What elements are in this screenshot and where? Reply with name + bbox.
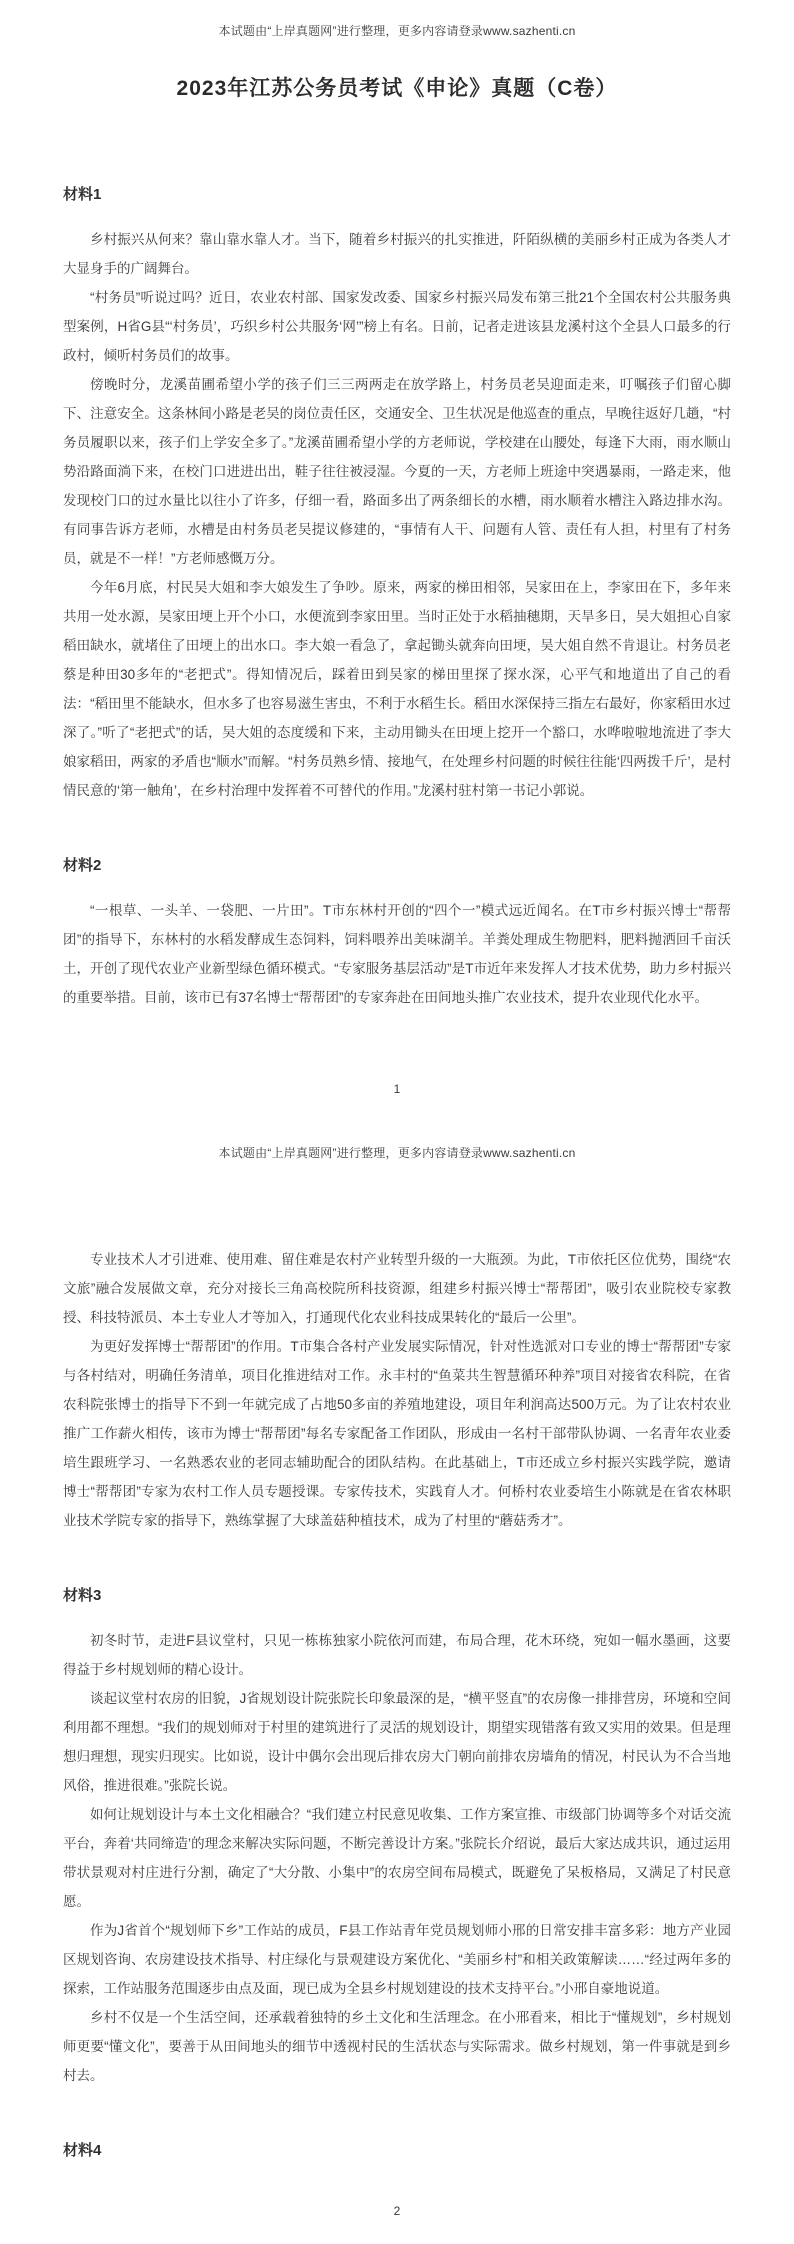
material-2-paragraph: 专业技术人才引进难、使用难、留住难是农村产业转型升级的一大瓶颈。为此，T市依托区… bbox=[63, 1245, 731, 1332]
page-1: 本试题由“上岸真题网”进行整理，更多内容请登录www.sazhenti.cn 2… bbox=[0, 0, 794, 1122]
material-1-paragraph: 乡村振兴从何来？靠山靠水靠人才。当下，随着乡村振兴的扎实推进，阡陌纵横的美丽乡村… bbox=[63, 225, 731, 283]
material-3-paragraph: 乡村不仅是一个生活空间，还承载着独特的乡土文化和生活理念。在小邢看来，相比于“懂… bbox=[63, 2003, 731, 2090]
material-1-paragraph: “村务员”听说过吗？近日，农业农村部、国家发改委、国家乡村振兴局发布第三批21个… bbox=[63, 283, 731, 370]
page-2: 本试题由“上岸真题网”进行整理，更多内容请登录www.sazhenti.cn 专… bbox=[0, 1122, 794, 2244]
material-3-paragraph: 如何让规划设计与本土文化相融合？“我们建立村民意见收集、工作方案宣推、市级部门协… bbox=[63, 1800, 731, 1916]
material-2-paragraph: “一根草、一头羊、一袋肥、一片田”。T市东林村开创的“四个一”模式远近闻名。在T… bbox=[63, 896, 731, 1012]
material-3-paragraph: 作为J省首个“规划师下乡”工作站的成员，F县工作站青年党员规划师小邢的日常安排丰… bbox=[63, 1916, 731, 2003]
exam-document: 本试题由“上岸真题网”进行整理，更多内容请登录www.sazhenti.cn 2… bbox=[0, 0, 794, 2244]
material-4-heading: 材料4 bbox=[63, 2136, 731, 2165]
page-1-content: 2023年江苏公务员考试《申论》真题（C卷） 材料1 乡村振兴从何来？靠山靠水靠… bbox=[63, 0, 731, 1012]
material-1-heading: 材料1 bbox=[63, 180, 731, 209]
material-1-paragraph: 今年6月底，村民吴大姐和李大娘发生了争吵。原来，两家的梯田相邻，吴家田在上，李家… bbox=[63, 573, 731, 805]
document-title: 2023年江苏公务员考试《申论》真题（C卷） bbox=[63, 74, 731, 104]
material-2-paragraph: 为更好发挥博士“帮帮团”的作用。T市集合各村产业发展实际情况，针对性选派对口专业… bbox=[63, 1332, 731, 1535]
material-3-heading: 材料3 bbox=[63, 1581, 731, 1610]
page-number: 1 bbox=[0, 1082, 794, 1096]
material-3-paragraph: 初冬时节，走进F县议堂村，只见一栋栋独家小院依河而建，布局合理，花木环绕，宛如一… bbox=[63, 1626, 731, 1684]
page-2-content: 专业技术人才引进难、使用难、留住难是农村产业转型升级的一大瓶颈。为此，T市依托区… bbox=[63, 1122, 731, 2181]
page-number: 2 bbox=[0, 2204, 794, 2218]
material-1-paragraph: 傍晚时分，龙溪苗圃希望小学的孩子们三三两两走在放学路上，村务员老吴迎面走来，叮嘱… bbox=[63, 370, 731, 573]
material-3-paragraph: 谈起议堂村农房的旧貌，J省规划设计院张院长印象最深的是，“横平竖直”的农房像一排… bbox=[63, 1684, 731, 1800]
material-2-heading: 材料2 bbox=[63, 851, 731, 880]
